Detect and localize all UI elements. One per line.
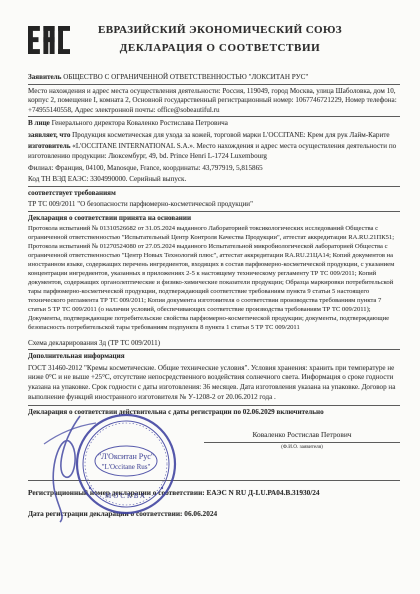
representative-name: Генерального директора Коваленко Ростисл… bbox=[52, 119, 228, 127]
handwritten-signature-icon bbox=[36, 410, 106, 530]
product-line: заявляет, что Продукция косметическая дл… bbox=[28, 131, 400, 141]
stamp-name-ru: "Л'Окситан Рус" bbox=[98, 452, 154, 461]
branch-line: Филиал: Франция, 04100, Manosque, France… bbox=[28, 164, 400, 174]
product-description: Продукция косметическая для ухода за кож… bbox=[72, 131, 389, 139]
additional-info-text: ГОСТ 31460-2012 "Кремы косметические. Об… bbox=[28, 364, 400, 406]
additional-info-label: Дополнительная информация bbox=[28, 352, 400, 362]
applicant-name: ОБЩЕСТВО С ОГРАНИЧЕННОЙ ОТВЕТСТВЕННОСТЬЮ… bbox=[63, 73, 308, 81]
document-header: ЕВРАЗИЙСКИЙ ЭКОНОМИЧЕСКИЙ СОЮЗ ДЕКЛАРАЦИ… bbox=[28, 24, 400, 60]
stamp-city: МОСКВА bbox=[105, 492, 147, 500]
basis-text: Протокола испытаний № 01310526682 от 31.… bbox=[28, 225, 400, 332]
union-name: ЕВРАЗИЙСКИЙ ЭКОНОМИЧЕСКИЙ СОЮЗ bbox=[74, 24, 366, 36]
applicant-label: Заявитель bbox=[28, 73, 61, 81]
applicant-address: Место нахождения и адрес места осуществл… bbox=[28, 87, 400, 118]
registration-number-value: ЕАЭС N RU Д-LU.РА04.В.31930/24 bbox=[207, 488, 320, 497]
declares-label: заявляет, что bbox=[28, 131, 70, 139]
manufacturer-line: изготовитель «L'OCCITANE INTERNATIONAL S… bbox=[28, 142, 400, 161]
regulation-line: ТР ТС 009/2011 "О безопасности парфюмерн… bbox=[28, 200, 400, 212]
manufacturer-name: «L'OCCITANE INTERNATIONAL S.A.». Место н… bbox=[28, 142, 396, 160]
complies-label: соответствует требованиям bbox=[28, 189, 400, 199]
signature-row: "Л'Окситан Рус" "L'Occitane Rus" МОСКВА … bbox=[28, 420, 400, 478]
representative-label: В лице bbox=[28, 119, 50, 127]
signatory-block: Коваленко Ростислав Петрович (Ф.И.О. зая… bbox=[204, 430, 400, 450]
basis-label: Декларация о соответствии принята на осн… bbox=[28, 214, 400, 224]
document-titles: ЕВРАЗИЙСКИЙ ЭКОНОМИЧЕСКИЙ СОЮЗ ДЕКЛАРАЦИ… bbox=[74, 24, 400, 54]
scheme-line: Схема декларирования 3д (ТР ТС 009/2011) bbox=[28, 339, 400, 351]
document-title: ДЕКЛАРАЦИЯ О СООТВЕТСТВИИ bbox=[74, 42, 366, 54]
stamp-and-signature: "Л'Окситан Рус" "L'Occitane Rus" МОСКВА bbox=[50, 412, 200, 542]
declaration-document: ЕВРАЗИЙСКИЙ ЭКОНОМИЧЕСКИЙ СОЮЗ ДЕКЛАРАЦИ… bbox=[0, 0, 420, 594]
stamp-name-en: "L'Occitane Rus" bbox=[102, 463, 151, 471]
tnved-line: Код ТН ВЭД ЕАЭС: 3304990000. Серийный вы… bbox=[28, 175, 400, 187]
eac-logo-icon bbox=[28, 25, 70, 55]
manufacturer-label: изготовитель bbox=[28, 142, 70, 150]
eac-mark bbox=[28, 24, 74, 60]
representative-line: В лице Генерального директора Коваленко … bbox=[28, 119, 400, 129]
applicant-line: Заявитель ОБЩЕСТВО С ОГРАНИЧЕННОЙ ОТВЕТС… bbox=[28, 73, 400, 85]
signatory-note: (Ф.И.О. заявителя) bbox=[204, 444, 400, 450]
signatory-name: Коваленко Ростислав Петрович bbox=[204, 430, 400, 443]
